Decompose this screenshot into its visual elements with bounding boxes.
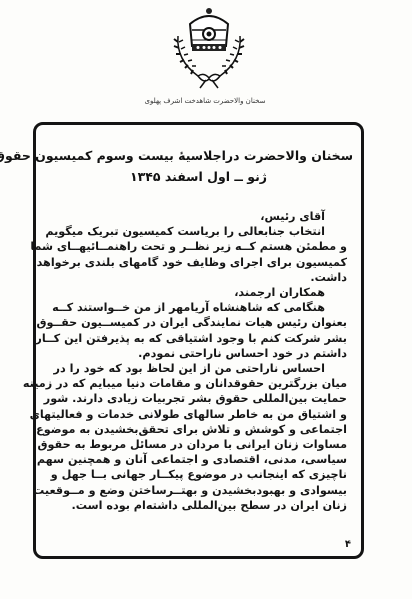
body-line: داشت.: [50, 270, 347, 285]
body-line: بشر شرکت کنم با وجود اشتیاقی که به پذیرف…: [50, 331, 347, 346]
salutation: آقای رئیس،: [50, 209, 347, 224]
title-date-line: ژنو ــ اول اسفند ۱۳۴۵: [44, 166, 353, 187]
body-line: بعنوان رئیس هیات نمایندگی ایران در کمیسـ…: [50, 315, 347, 330]
body-line: بیسوادی و بهبودبخشیدن و بهتــرساختن وضع …: [50, 483, 347, 498]
body-line: مساوات زنان ایرانی با مردان در مسائل مرب…: [50, 437, 347, 452]
body-line: سیاسی، مدنی، اقتصادی و اجتماعی آنان و هم…: [50, 452, 347, 467]
speech-body: آقای رئیس، انتخاب جنابعالی را بریاست کمی…: [50, 209, 347, 513]
crown-emblem-icon: [168, 2, 250, 90]
body-line: داشتم در خود احساس ناراحتی نمودم.: [50, 346, 347, 361]
running-head: سخنان والاحضرت شاهدخت اشرف پهلوی: [130, 97, 280, 105]
speech-title: سخنان والاحضرت دراجلاسیهٔ بیست وسوم کمیس…: [44, 145, 353, 187]
body-line: حمایت بین‌المللی حقوق بشر تجربیات زیادی …: [50, 391, 347, 406]
page-number: ۴: [345, 539, 351, 550]
body-line: احساس ناراحتی من از این لحاظ بود که خود …: [50, 361, 347, 376]
body-line: زنان ایران در سطح بین‌المللی داشته‌ام بو…: [50, 498, 347, 513]
body-line: اجتماعی و کوشش و تلاش برای تحقق‌بخشیدن ب…: [50, 422, 347, 437]
salutation: همکاران ارجمند،: [50, 285, 347, 300]
body-line: میان بزرگترین حقوقدانان و مقامات دنیا می…: [50, 376, 347, 391]
title-line: سخنان والاحضرت دراجلاسیهٔ بیست وسوم کمیس…: [44, 145, 353, 166]
body-line: و مطمئن هستم کــه زیر نظــر و تحت راهنمـ…: [50, 239, 347, 254]
body-line: ناچیزی که اینجانب در موضوع پیکــار جهانی…: [50, 467, 347, 482]
body-line: و اشتیاق من به خاطر سالهای طولانی خدمات …: [50, 407, 347, 422]
body-line: هنگامی که شاهنشاه آریامهر از من خــواستن…: [50, 300, 347, 315]
body-line: انتخاب جنابعالی را بریاست کمیسیون تبریک …: [50, 224, 347, 239]
body-line: کمیسیون برای اجرای وظایف خود گامهای بلند…: [50, 255, 347, 270]
text-frame: سخنان والاحضرت دراجلاسیهٔ بیست وسوم کمیس…: [33, 122, 364, 559]
